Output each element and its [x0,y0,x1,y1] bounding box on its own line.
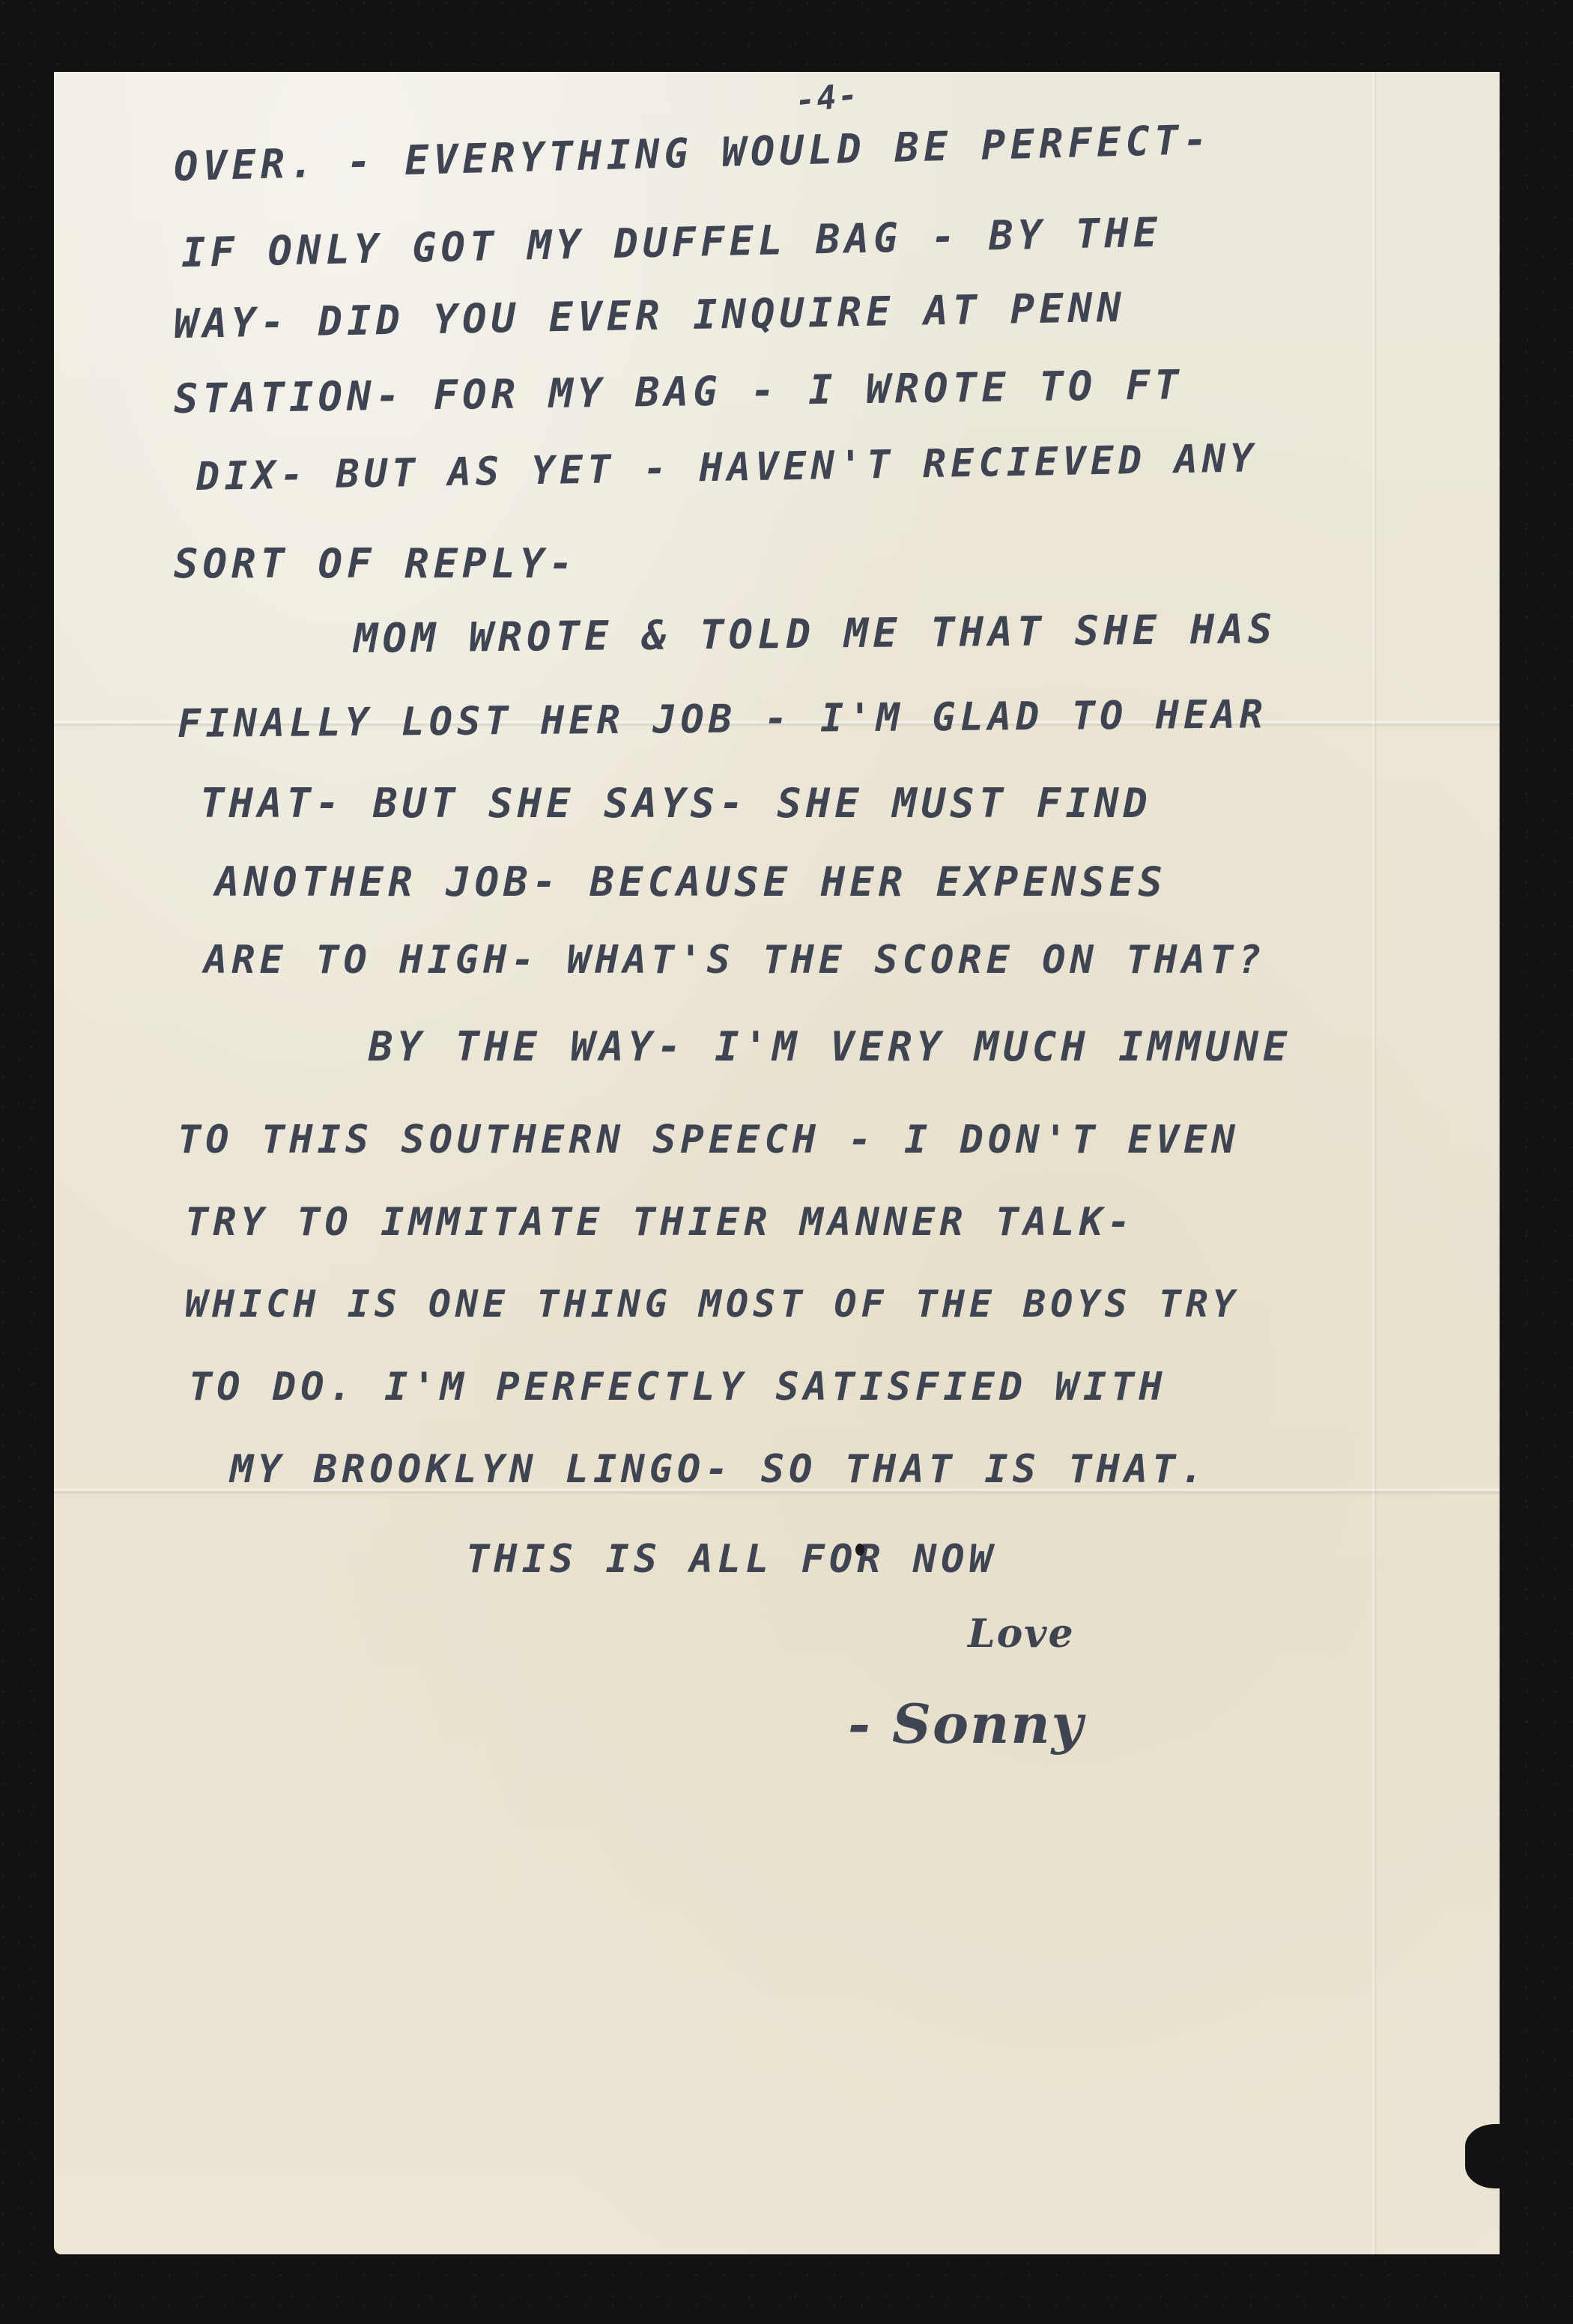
letter-closing: Love [968,1615,1075,1654]
letter-line: way- did you ever inquire at Penn [174,288,1127,345]
ink-blot [855,1544,864,1556]
letter-line: Station- for my bag - I wrote to Ft [174,365,1184,419]
letter-line: finally lost her job - I'm glad to hear [178,695,1267,744]
letter-line: Dix- but as yet - haven't recieved any [196,439,1258,497]
letter-line: another job- because her expenses [215,862,1167,902]
letter-line: to do. I'm perfectly satisfied with [189,1368,1167,1407]
page-number: -4- [794,79,861,118]
letter-line: are to high- What's the score on that? [204,941,1266,980]
letter-line: Mom wrote & told me that she has [354,609,1277,659]
letter-page: -4- over. - Everything would be perfect-… [54,72,1500,2254]
torn-edge [1465,2124,1503,2188]
letter-line: By the way- I'm very much immune [369,1027,1291,1067]
letter-signature: - Sonny [848,1697,1085,1751]
letter-line: try to immitate thier manner talk- [185,1203,1135,1242]
letter-line: to this southern speech - I don't even [178,1120,1240,1159]
fold-crease [1372,72,1377,2254]
letter-line: my Brooklyn lingo- So that is that. [230,1450,1208,1489]
letter-line: if only Got my Duffel bag - By the [181,213,1162,273]
letter-line: that- But she says- she must find [200,783,1152,824]
letter-line: over. - Everything would be perfect- [173,120,1212,187]
letter-line: This is all for now [466,1540,997,1579]
letter-line: which is one thing most of the boys try [185,1285,1240,1323]
letter-line: Sort of reply- [174,544,578,584]
